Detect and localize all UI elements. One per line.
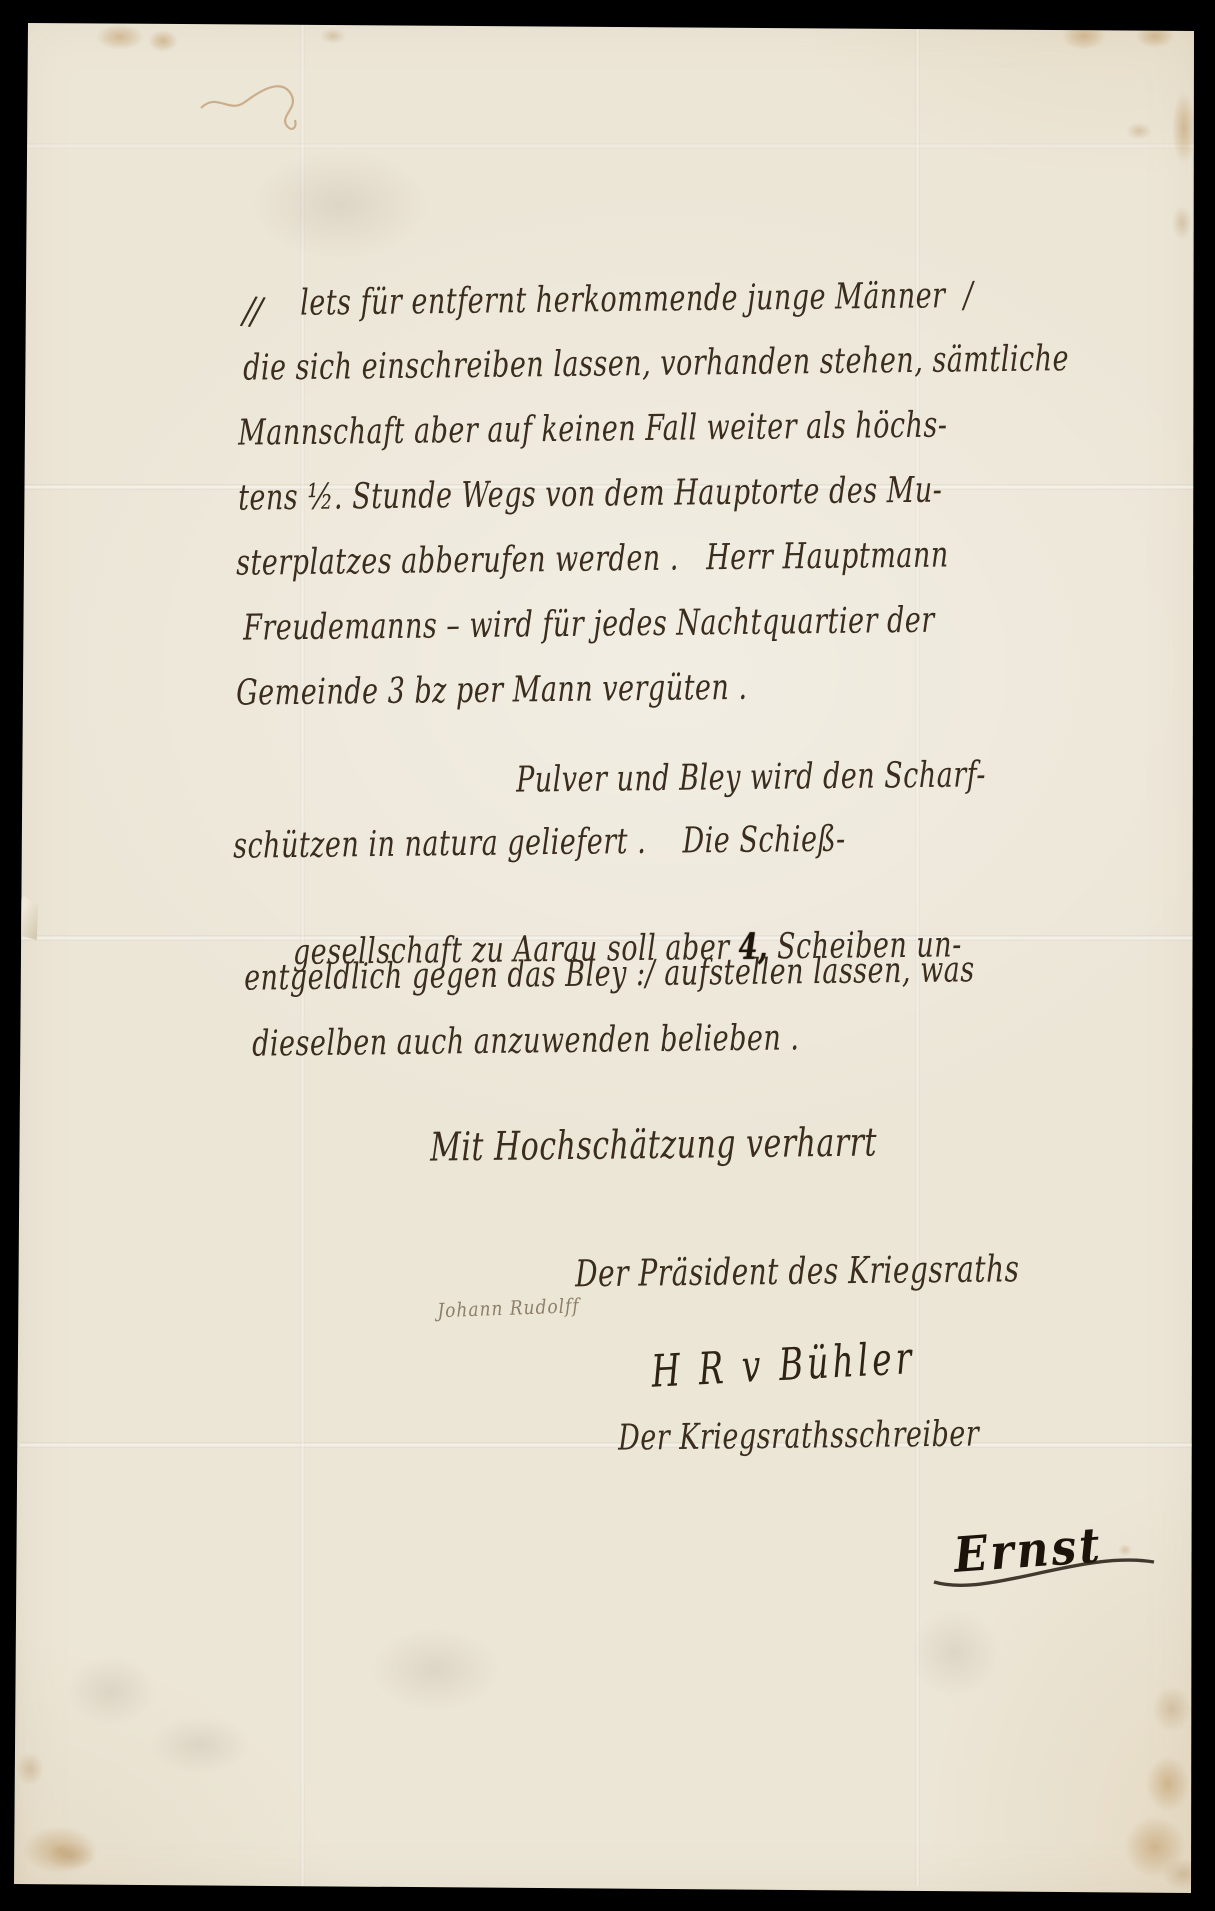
foxing-stain <box>1124 1816 1186 1878</box>
foxing-stain <box>1146 1756 1190 1812</box>
manuscript-line: lets für entfernt herkommende junge Männ… <box>300 275 973 324</box>
bleedthrough-smudge <box>150 1716 250 1774</box>
foxing-stain <box>96 24 144 50</box>
foxing-stain <box>1162 1858 1204 1890</box>
bleedthrough-smudge <box>250 150 430 260</box>
foxing-stain <box>320 28 346 44</box>
manuscript-line: entgeldlich gegen das Bley :/ aufstellen… <box>244 950 975 999</box>
president-signature: H R v Bühler <box>650 1331 917 1397</box>
manuscript-line: Freudemanns – wird für jedes Nachtquarti… <box>243 600 935 649</box>
foxing-stain <box>1172 206 1192 240</box>
manuscript-line: die sich einschreiben lassen, vorhanden … <box>243 338 1069 388</box>
fold-crease-horizontal-3 <box>20 1442 1195 1448</box>
clerk-title-line: Der Kriegsrathsschreiber <box>618 1414 979 1459</box>
president-title-line: Der Präsident des Kriegsraths <box>575 1247 1020 1296</box>
foxing-stain <box>148 30 178 52</box>
ink-spot <box>1118 1544 1132 1556</box>
foxing-stain <box>1126 122 1152 140</box>
bleedthrough-smudge <box>910 1608 1000 1698</box>
clerk-signature: Ernst <box>952 1518 1104 1584</box>
closing-formula: Mit Hochschätzung verharrt <box>430 1120 877 1171</box>
foxing-stain <box>1136 24 1174 48</box>
manuscript-line: sterplatzes abberufen werden . Herr Haup… <box>236 535 949 584</box>
bleedthrough-smudge <box>66 1656 156 1726</box>
manuscript-line: schützen in natura geliefert . Die Schie… <box>233 819 846 867</box>
manuscript-line: Mannschaft aber auf keinen Fall weiter a… <box>238 405 948 454</box>
scanned-letter-image: // lets für entfernt herkommende junge M… <box>0 0 1215 1911</box>
paper-tear-tab <box>8 896 38 940</box>
manuscript-line: Pulver und Bley wird den Scharf- <box>516 755 986 801</box>
fly-speck <box>0 0 5 5</box>
insertion-mark: // <box>241 289 262 334</box>
foxing-stain <box>1152 1686 1192 1732</box>
fold-crease-horizontal-faint <box>20 143 1195 149</box>
foxing-stain <box>1062 22 1106 50</box>
ghost-ink-squiggle <box>195 70 325 150</box>
pencil-annotation: Johann Rudolff <box>437 1295 580 1323</box>
bleedthrough-smudge <box>370 1628 500 1712</box>
foxing-stain <box>46 1842 96 1870</box>
foxing-stain <box>16 1752 44 1786</box>
foxing-stain <box>1172 92 1196 164</box>
manuscript-line: Gemeinde 3 bz per Mann vergüten . <box>236 667 748 714</box>
letter-paper: // lets für entfernt herkommende junge M… <box>0 0 1215 1911</box>
manuscript-line: tens ½. Stunde Wegs von dem Hauptorte de… <box>238 470 942 519</box>
manuscript-line: dieselben auch anzuwenden belieben . <box>252 1018 800 1065</box>
foxing-stain <box>22 1826 98 1874</box>
